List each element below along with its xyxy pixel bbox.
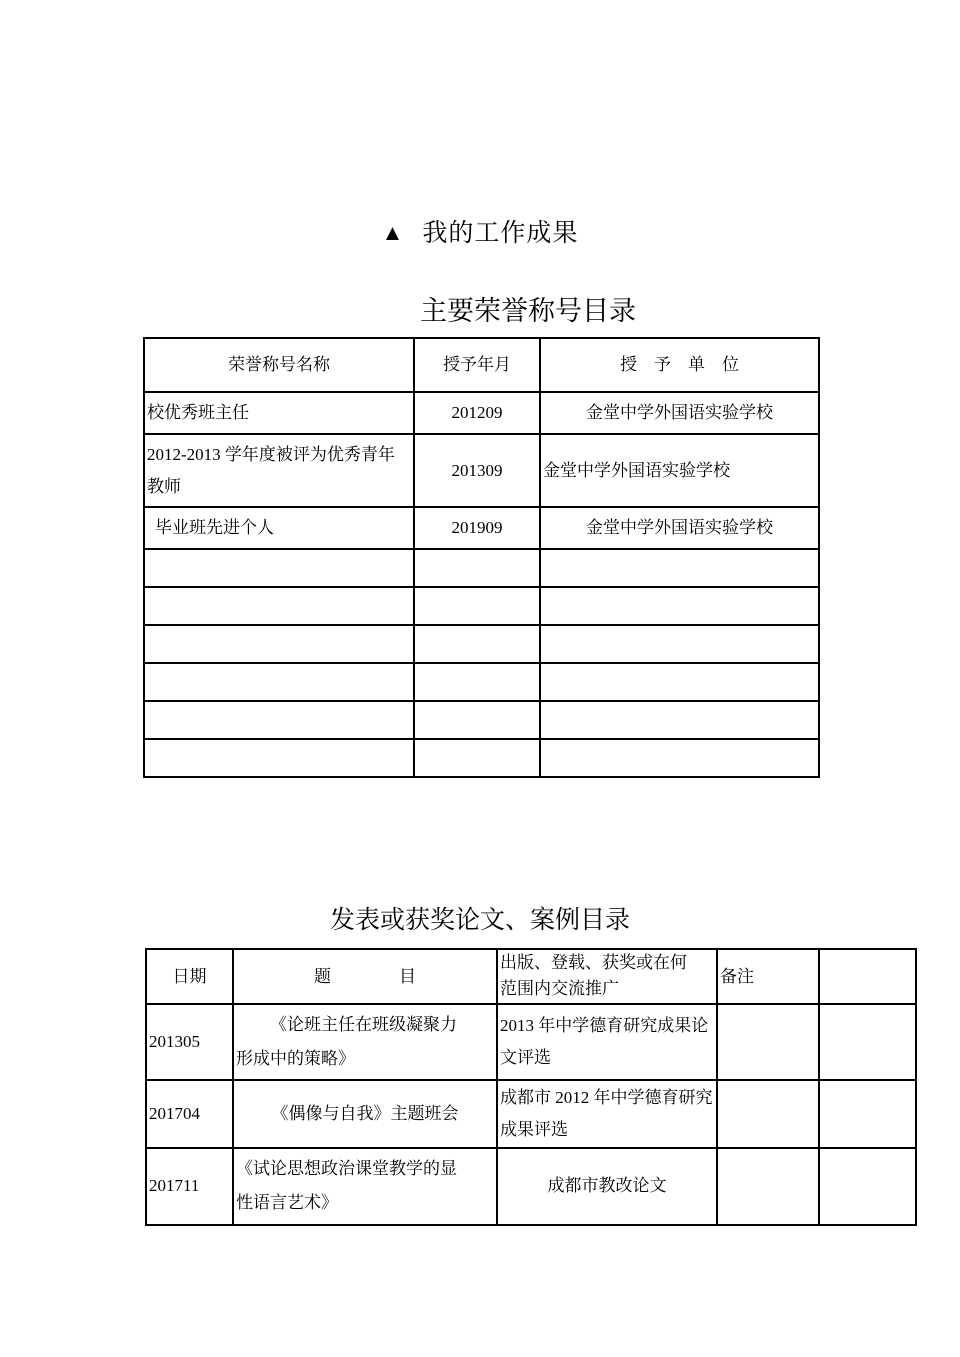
honors-header-row: 荣誉称号名称 授予年月 授 予 单 位 bbox=[144, 338, 819, 392]
papers-row: 201704 《偶像与自我》主题班会 成都市 2012 年中学德育研究 成果评选 bbox=[146, 1080, 916, 1148]
empty-cell bbox=[414, 587, 540, 625]
empty-cell bbox=[414, 663, 540, 701]
empty-cell bbox=[540, 663, 819, 701]
honors-empty-row bbox=[144, 739, 819, 777]
papers-header-row: 日期 题 目 出版、登载、获奖或在何 范围内交流推广 备注 bbox=[146, 949, 916, 1004]
honor-name-cell: 2012-2013 学年度被评为优秀青年 教师 bbox=[144, 434, 414, 507]
papers-table: 日期 题 目 出版、登载、获奖或在何 范围内交流推广 备注 201305 《论班… bbox=[145, 948, 917, 1226]
triangle-marker-icon: ▲ bbox=[382, 220, 405, 245]
page-title-text: 我的工作成果 bbox=[422, 220, 578, 247]
honor-org-cell: 金堂中学外国语实验学校 bbox=[540, 507, 819, 549]
empty-cell bbox=[144, 663, 414, 701]
honor-date-cell: 201209 bbox=[414, 392, 540, 434]
empty-cell bbox=[819, 1148, 916, 1225]
empty-cell bbox=[540, 625, 819, 663]
paper-note-cell bbox=[717, 1148, 819, 1225]
honors-row: 2012-2013 学年度被评为优秀青年 教师 201309 金堂中学外国语实验… bbox=[144, 434, 819, 507]
empty-cell bbox=[414, 549, 540, 587]
paper-date-cell: 201711 bbox=[146, 1148, 233, 1225]
paper-date-cell: 201305 bbox=[146, 1004, 233, 1080]
papers-header-title: 题 目 bbox=[233, 949, 497, 1004]
paper-date-cell: 201704 bbox=[146, 1080, 233, 1148]
empty-cell bbox=[414, 701, 540, 739]
honors-row: 毕业班先进个人 201909 金堂中学外国语实验学校 bbox=[144, 507, 819, 549]
honors-empty-row bbox=[144, 549, 819, 587]
honors-table: 荣誉称号名称 授予年月 授 予 单 位 校优秀班主任 201209 金堂中学外国… bbox=[143, 337, 820, 778]
paper-note-cell bbox=[717, 1004, 819, 1080]
empty-cell bbox=[540, 549, 819, 587]
honors-empty-row bbox=[144, 663, 819, 701]
empty-cell bbox=[414, 739, 540, 777]
empty-cell bbox=[144, 701, 414, 739]
empty-cell bbox=[540, 739, 819, 777]
empty-cell bbox=[144, 625, 414, 663]
papers-row: 201305 《论班主任在班级凝聚力 形成中的策略》 2013 年中学德育研究成… bbox=[146, 1004, 916, 1080]
empty-cell bbox=[819, 1080, 916, 1148]
honor-name-cell: 毕业班先进个人 bbox=[144, 507, 414, 549]
paper-venue-cell: 成都市教改论文 bbox=[497, 1148, 717, 1225]
honors-empty-row bbox=[144, 701, 819, 739]
honors-empty-row bbox=[144, 587, 819, 625]
honor-date-cell: 201309 bbox=[414, 434, 540, 507]
papers-section-heading: 发表或获奖论文、案例目录 bbox=[0, 900, 960, 936]
honors-header-name: 荣誉称号名称 bbox=[144, 338, 414, 392]
honor-name-cell: 校优秀班主任 bbox=[144, 392, 414, 434]
papers-row: 201711 《试论思想政治课堂教学的显 性语言艺术》 成都市教改论文 bbox=[146, 1148, 916, 1225]
empty-cell bbox=[819, 1004, 916, 1080]
document-page: ▲我的工作成果 主要荣誉称号目录 荣誉称号名称 授予年月 授 予 单 位 校优秀… bbox=[0, 0, 960, 1357]
paper-note-cell bbox=[717, 1080, 819, 1148]
honors-section-heading: 主要荣誉称号目录 bbox=[48, 289, 960, 328]
empty-cell bbox=[144, 549, 414, 587]
paper-title-cell: 《试论思想政治课堂教学的显 性语言艺术》 bbox=[233, 1148, 497, 1225]
empty-cell bbox=[144, 739, 414, 777]
papers-header-note: 备注 bbox=[717, 949, 819, 1004]
honor-org-cell: 金堂中学外国语实验学校 bbox=[540, 392, 819, 434]
papers-header-venue: 出版、登载、获奖或在何 范围内交流推广 bbox=[497, 949, 717, 1004]
papers-header-extra bbox=[819, 949, 916, 1004]
honor-date-cell: 201909 bbox=[414, 507, 540, 549]
empty-cell bbox=[540, 587, 819, 625]
papers-header-date: 日期 bbox=[146, 949, 233, 1004]
empty-cell bbox=[414, 625, 540, 663]
paper-title-cell: 《偶像与自我》主题班会 bbox=[233, 1080, 497, 1148]
honors-row: 校优秀班主任 201209 金堂中学外国语实验学校 bbox=[144, 392, 819, 434]
honors-empty-row bbox=[144, 625, 819, 663]
honors-header-date: 授予年月 bbox=[414, 338, 540, 392]
honor-org-cell: 金堂中学外国语实验学校 bbox=[540, 434, 819, 507]
page-title: ▲我的工作成果 bbox=[0, 213, 960, 249]
empty-cell bbox=[540, 701, 819, 739]
paper-title-cell: 《论班主任在班级凝聚力 形成中的策略》 bbox=[233, 1004, 497, 1080]
honors-header-org: 授 予 单 位 bbox=[540, 338, 819, 392]
paper-venue-cell: 成都市 2012 年中学德育研究 成果评选 bbox=[497, 1080, 717, 1148]
empty-cell bbox=[144, 587, 414, 625]
paper-venue-cell: 2013 年中学德育研究成果论 文评选 bbox=[497, 1004, 717, 1080]
